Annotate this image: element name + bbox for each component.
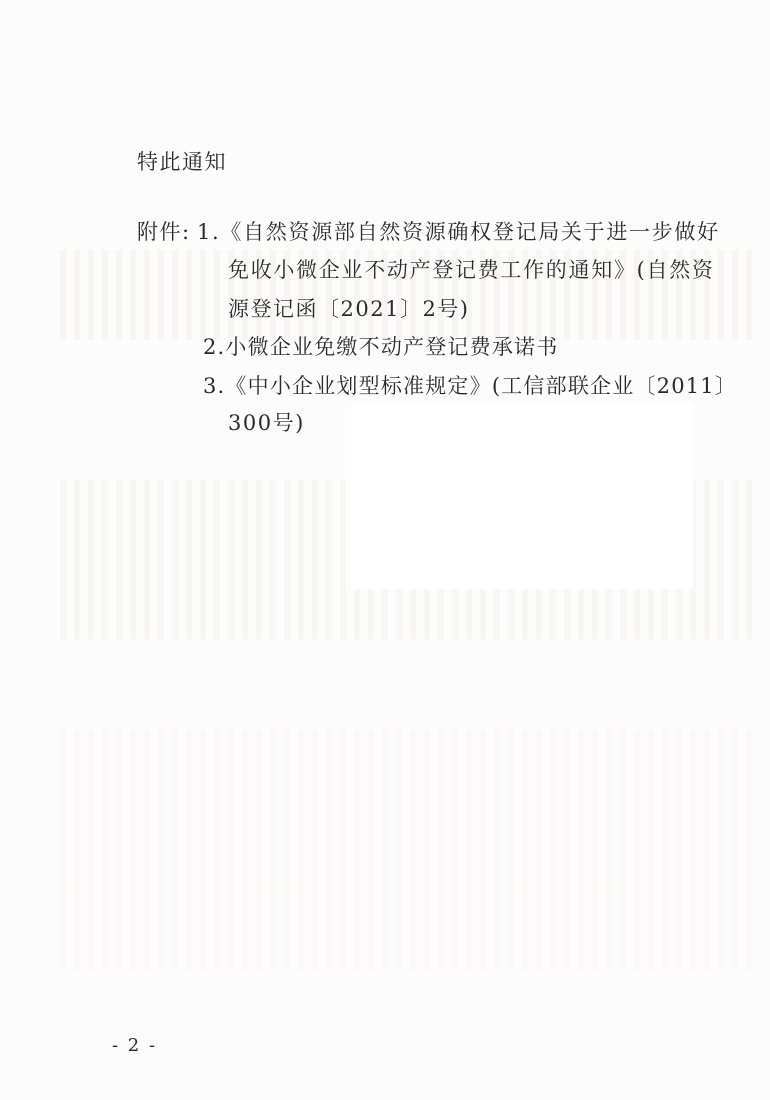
attachment-1-line-3: 源登记函〔2021〕2号)	[228, 295, 470, 323]
attachment-3-line-1: 3.《中小企业划型标准规定》(工信部联企业〔2011〕	[203, 372, 737, 400]
attachment-3-line-2: 300号)	[228, 409, 305, 437]
blank-region	[351, 403, 693, 589]
closing-text: 特此通知	[137, 148, 227, 176]
document-page: 特此通知 附件: 1.《自然资源部自然资源确权登记局关于进一步做好 免收小微企业…	[0, 0, 770, 1100]
attachments-label: 附件:	[137, 218, 191, 246]
attachment-1-line-1: 1.《自然资源部自然资源确权登记局关于进一步做好	[197, 218, 720, 246]
page-number: - 2 -	[112, 1034, 157, 1058]
attachment-1-line-2: 免收小微企业不动产登记费工作的通知》(自然资	[228, 256, 715, 284]
show-through-texture	[60, 730, 760, 970]
attachment-2-line-1: 2.小微企业免缴不动产登记费承诺书	[203, 333, 558, 361]
